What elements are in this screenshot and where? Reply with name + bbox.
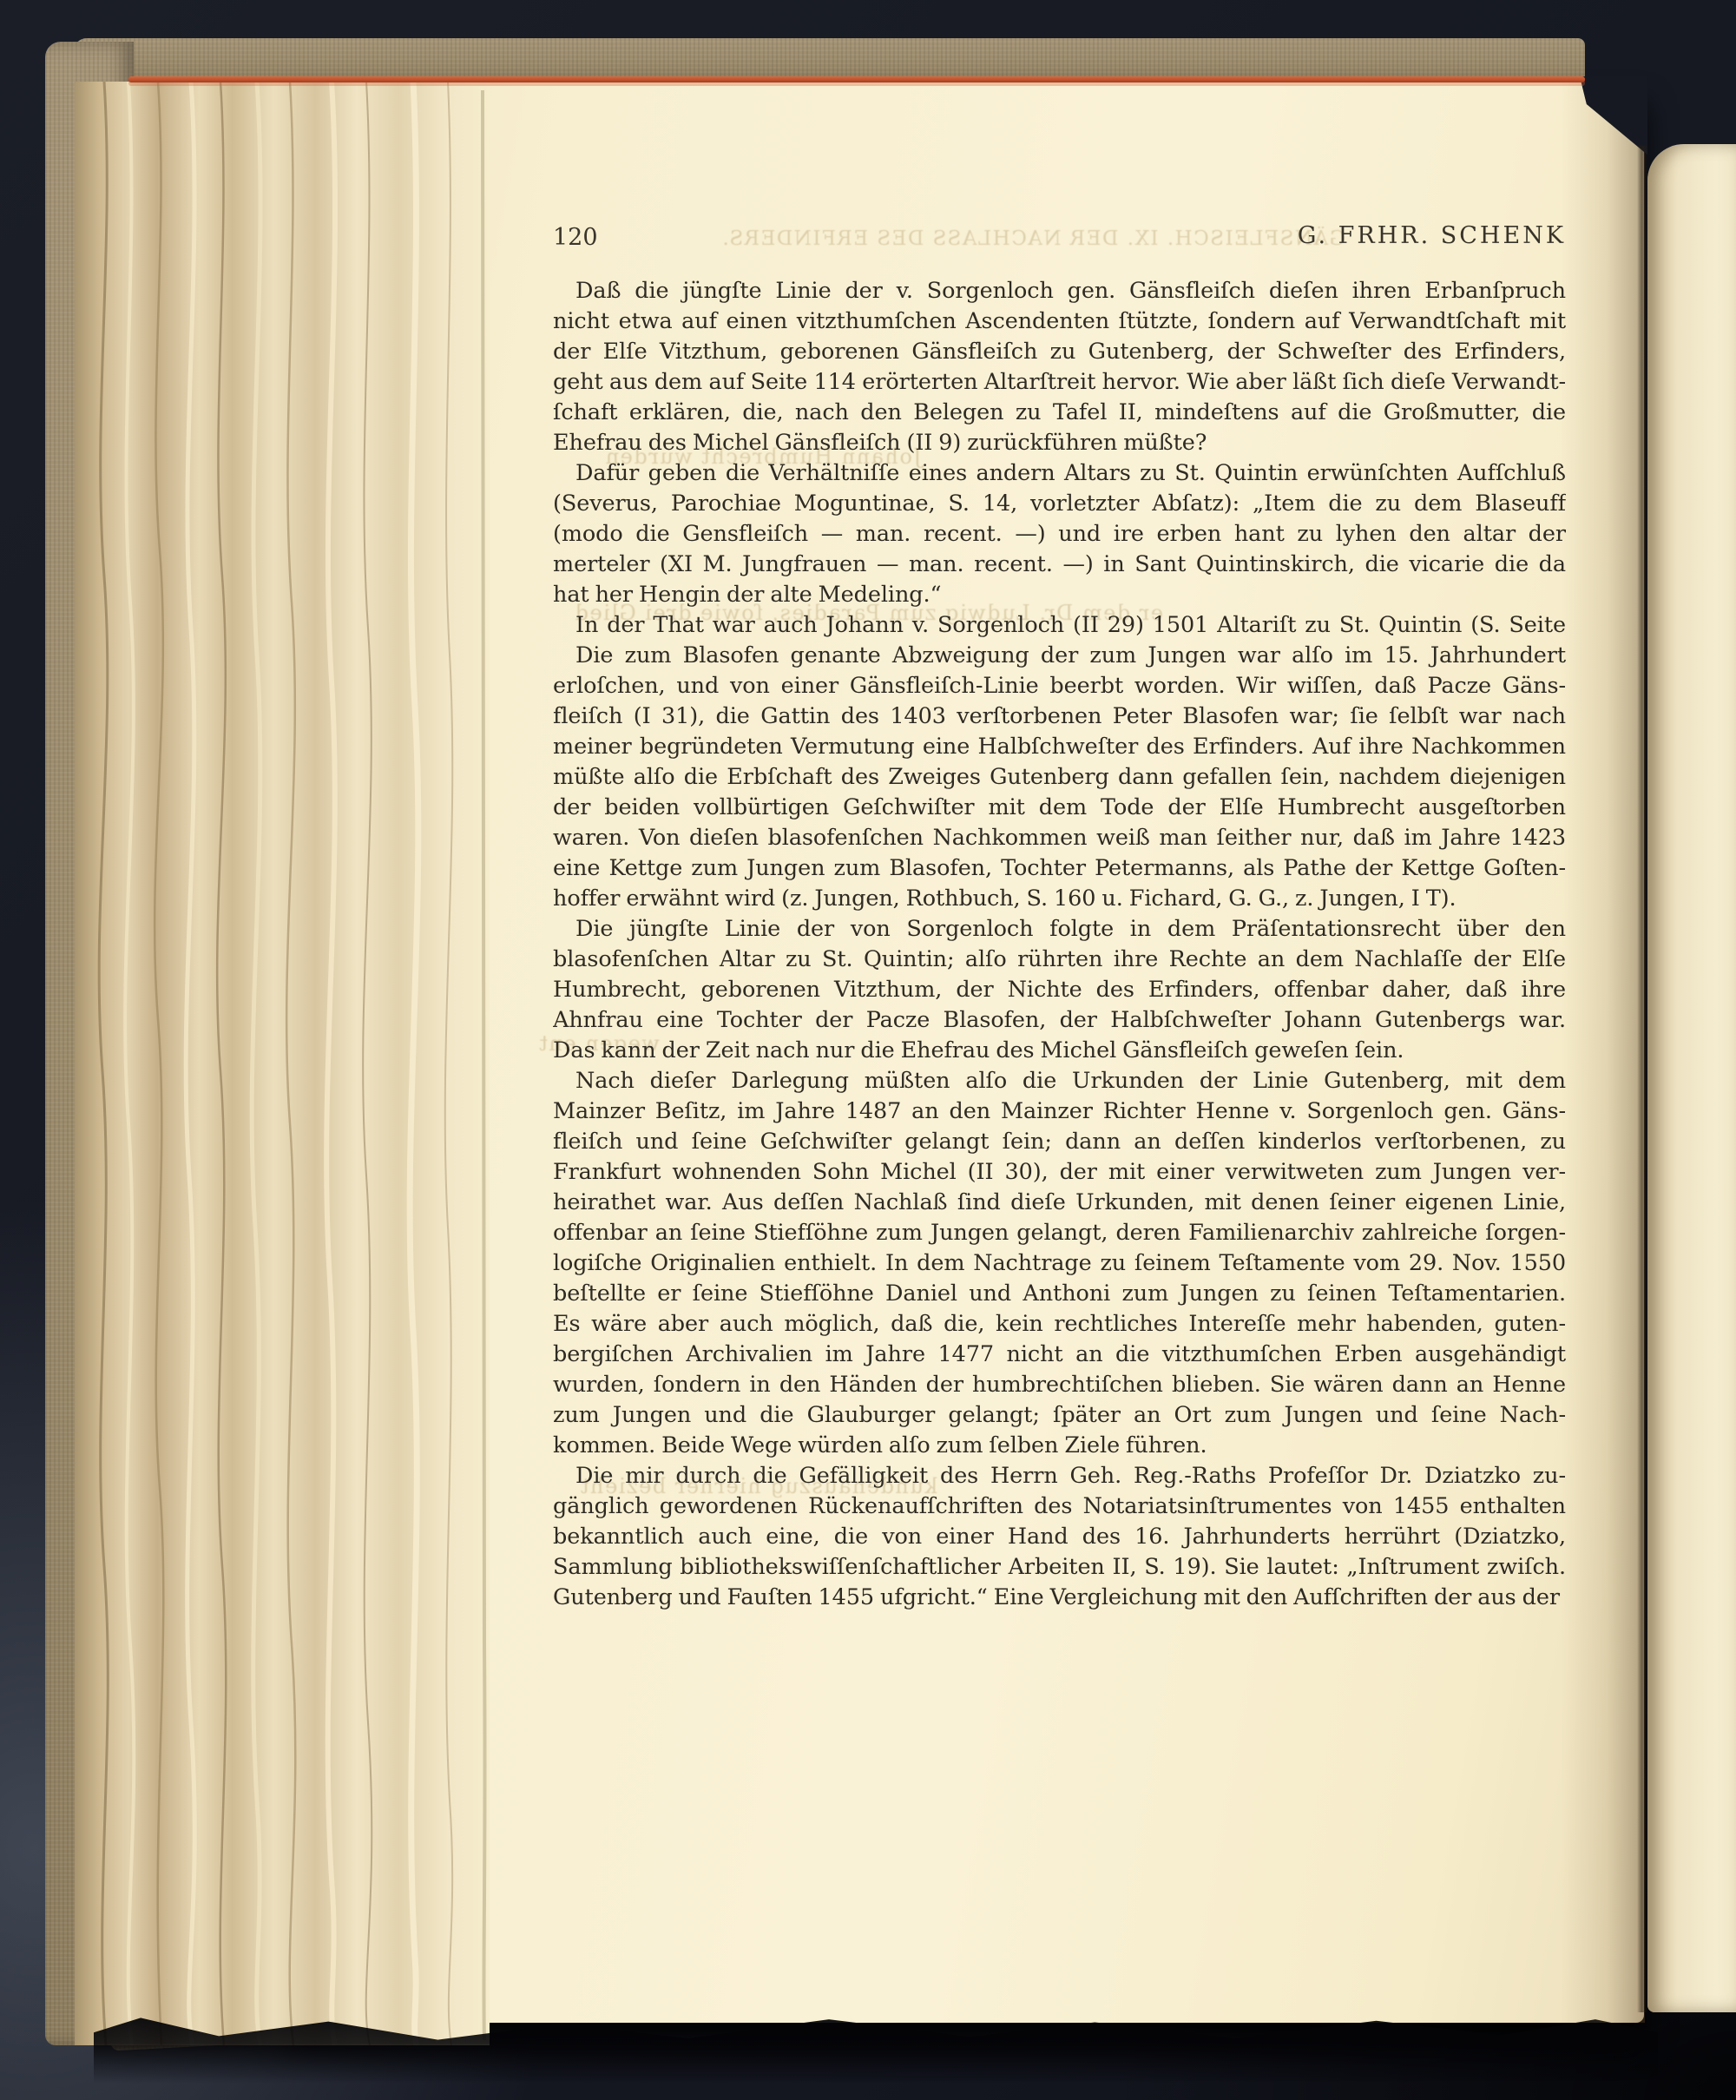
book-cover-top <box>73 38 1585 82</box>
photo-backdrop: GÄNSFLEISCH. IX. DER NACHLASS DES ERFIND… <box>0 0 1736 2100</box>
text-line: Nach dieſer Darlegung müßten alſo die Ur… <box>553 1066 1566 1096</box>
text-line: fleiſch (I 31), die Gattin des 1403 verſ… <box>553 701 1566 732</box>
text-line: hat her Hengin der alte Medeling.“ <box>553 580 1566 610</box>
text-line: der beiden vollbürtigen Geſchwiſter mit … <box>553 793 1566 823</box>
text-line: Das kann der Zeit nach nur die Ehefrau d… <box>553 1036 1566 1066</box>
text-line: Die mir durch die Gefälligkeit des Herrn… <box>553 1461 1566 1491</box>
text-line: offenbar an ſeine Stiefſöhne zum Jungen … <box>553 1218 1566 1248</box>
text-line: Sammlung bibliothekswiſſenſchaftlicher A… <box>553 1552 1566 1583</box>
text-line: waren. Von dieſen blasofenſchen Nachkomm… <box>553 823 1566 853</box>
text-line: Daß die jüngſte Linie der v. Sorgenloch … <box>553 276 1566 306</box>
text-line: fleiſch und ſeine Geſchwiſter gelangt ſe… <box>553 1127 1566 1157</box>
text-line: (modo die Gensfleiſch — man. recent. —) … <box>553 519 1566 550</box>
text-line: erloſchen, und von einer Gänsfleiſch-Lin… <box>553 671 1566 701</box>
text-line: Humbrecht, geborenen Vitzthum, der Nicht… <box>553 975 1566 1005</box>
text-line: Ahnfrau eine Tochter der Pacze Blasofen,… <box>553 1005 1566 1036</box>
text-line: In der That war auch Johann v. Sorgenloc… <box>553 610 1566 641</box>
text-line: bergiſchen Archivalien im Jahre 1477 nic… <box>553 1340 1566 1370</box>
text-line: zum Jungen und die Glauburger gelangt; ſ… <box>553 1400 1566 1431</box>
text-line: eine Kettge zum Jungen zum Blasofen, Toc… <box>553 853 1566 884</box>
page-number: 120 <box>553 224 598 251</box>
text-line: Ehefrau des Michel Gänsfleiſch (II 9) zu… <box>553 428 1566 458</box>
text-line: heirathet war. Aus deſſen Nachlaß ſind d… <box>553 1188 1566 1218</box>
book-top-edge-stain <box>128 76 1585 82</box>
text-line: Die zum Blasofen genante Abzweigung der … <box>553 641 1566 671</box>
text-line: bekanntlich auch eine, die von einer Han… <box>553 1522 1566 1552</box>
gutter-crease <box>1637 146 1647 2012</box>
text-line: Es wäre aber auch möglich, daß die, kein… <box>553 1309 1566 1340</box>
text-line: Frankfurt wohnenden Sohn Michel (II 30),… <box>553 1157 1566 1188</box>
body-text: Daß die jüngſte Linie der v. Sorgenloch … <box>553 276 1566 1613</box>
text-line: gänglich gewordenen Rückenaufſchriften d… <box>553 1491 1566 1522</box>
text-line: kommen. Beide Wege würden alſo zum ſelbe… <box>553 1431 1566 1461</box>
facing-page-edge <box>1647 144 1736 2012</box>
text-line: blasofenſchen Altar zu St. Quintin; alſo… <box>553 945 1566 975</box>
text-line: hoffer erwähnt wird (z. Jungen, Rothbuch… <box>553 884 1566 914</box>
text-line: Mainzer Beſitz, im Jahre 1487 an den Mai… <box>553 1096 1566 1127</box>
text-line: beſtellte er ſeine Stiefſöhne Daniel und… <box>553 1279 1566 1309</box>
text-line: ſchaft erklären, die, nach den Belegen z… <box>553 398 1566 428</box>
text-line: (Severus, Parochiae Moguntinae, S. 14, v… <box>553 489 1566 519</box>
page-gutter-shading <box>1561 82 1645 2023</box>
page-fore-edges <box>75 82 490 2045</box>
text-line: nicht etwa auf einen vitzthumſchen Ascen… <box>553 306 1566 337</box>
text-line: merteler (XI M. Jungfrauen — man. recent… <box>553 550 1566 580</box>
text-line: der Elſe Vitzthum, geborenen Gänsfleiſch… <box>553 337 1566 367</box>
running-head: G. FRHR. SCHENK <box>1076 222 1566 249</box>
text-line: meiner begründeten Vermutung eine Halbſc… <box>553 732 1566 762</box>
text-line: müßte alſo die Erbſchaft des Zweiges Gut… <box>553 762 1566 793</box>
text-line: Die jüngſte Linie der von Sorgenloch fol… <box>553 914 1566 945</box>
text-line: Gutenberg und Fauſten 1455 ufgricht.“ Ei… <box>553 1583 1566 1613</box>
text-line: wurden, ſondern in den Händen der humbre… <box>553 1370 1566 1400</box>
text-line: logiſche Originalien enthielt. In dem Na… <box>553 1248 1566 1279</box>
text-line: Dafür geben die Verhältniſſe eines ander… <box>553 458 1566 489</box>
text-line: geht aus dem auf Seite 114 erörterten Al… <box>553 367 1566 398</box>
